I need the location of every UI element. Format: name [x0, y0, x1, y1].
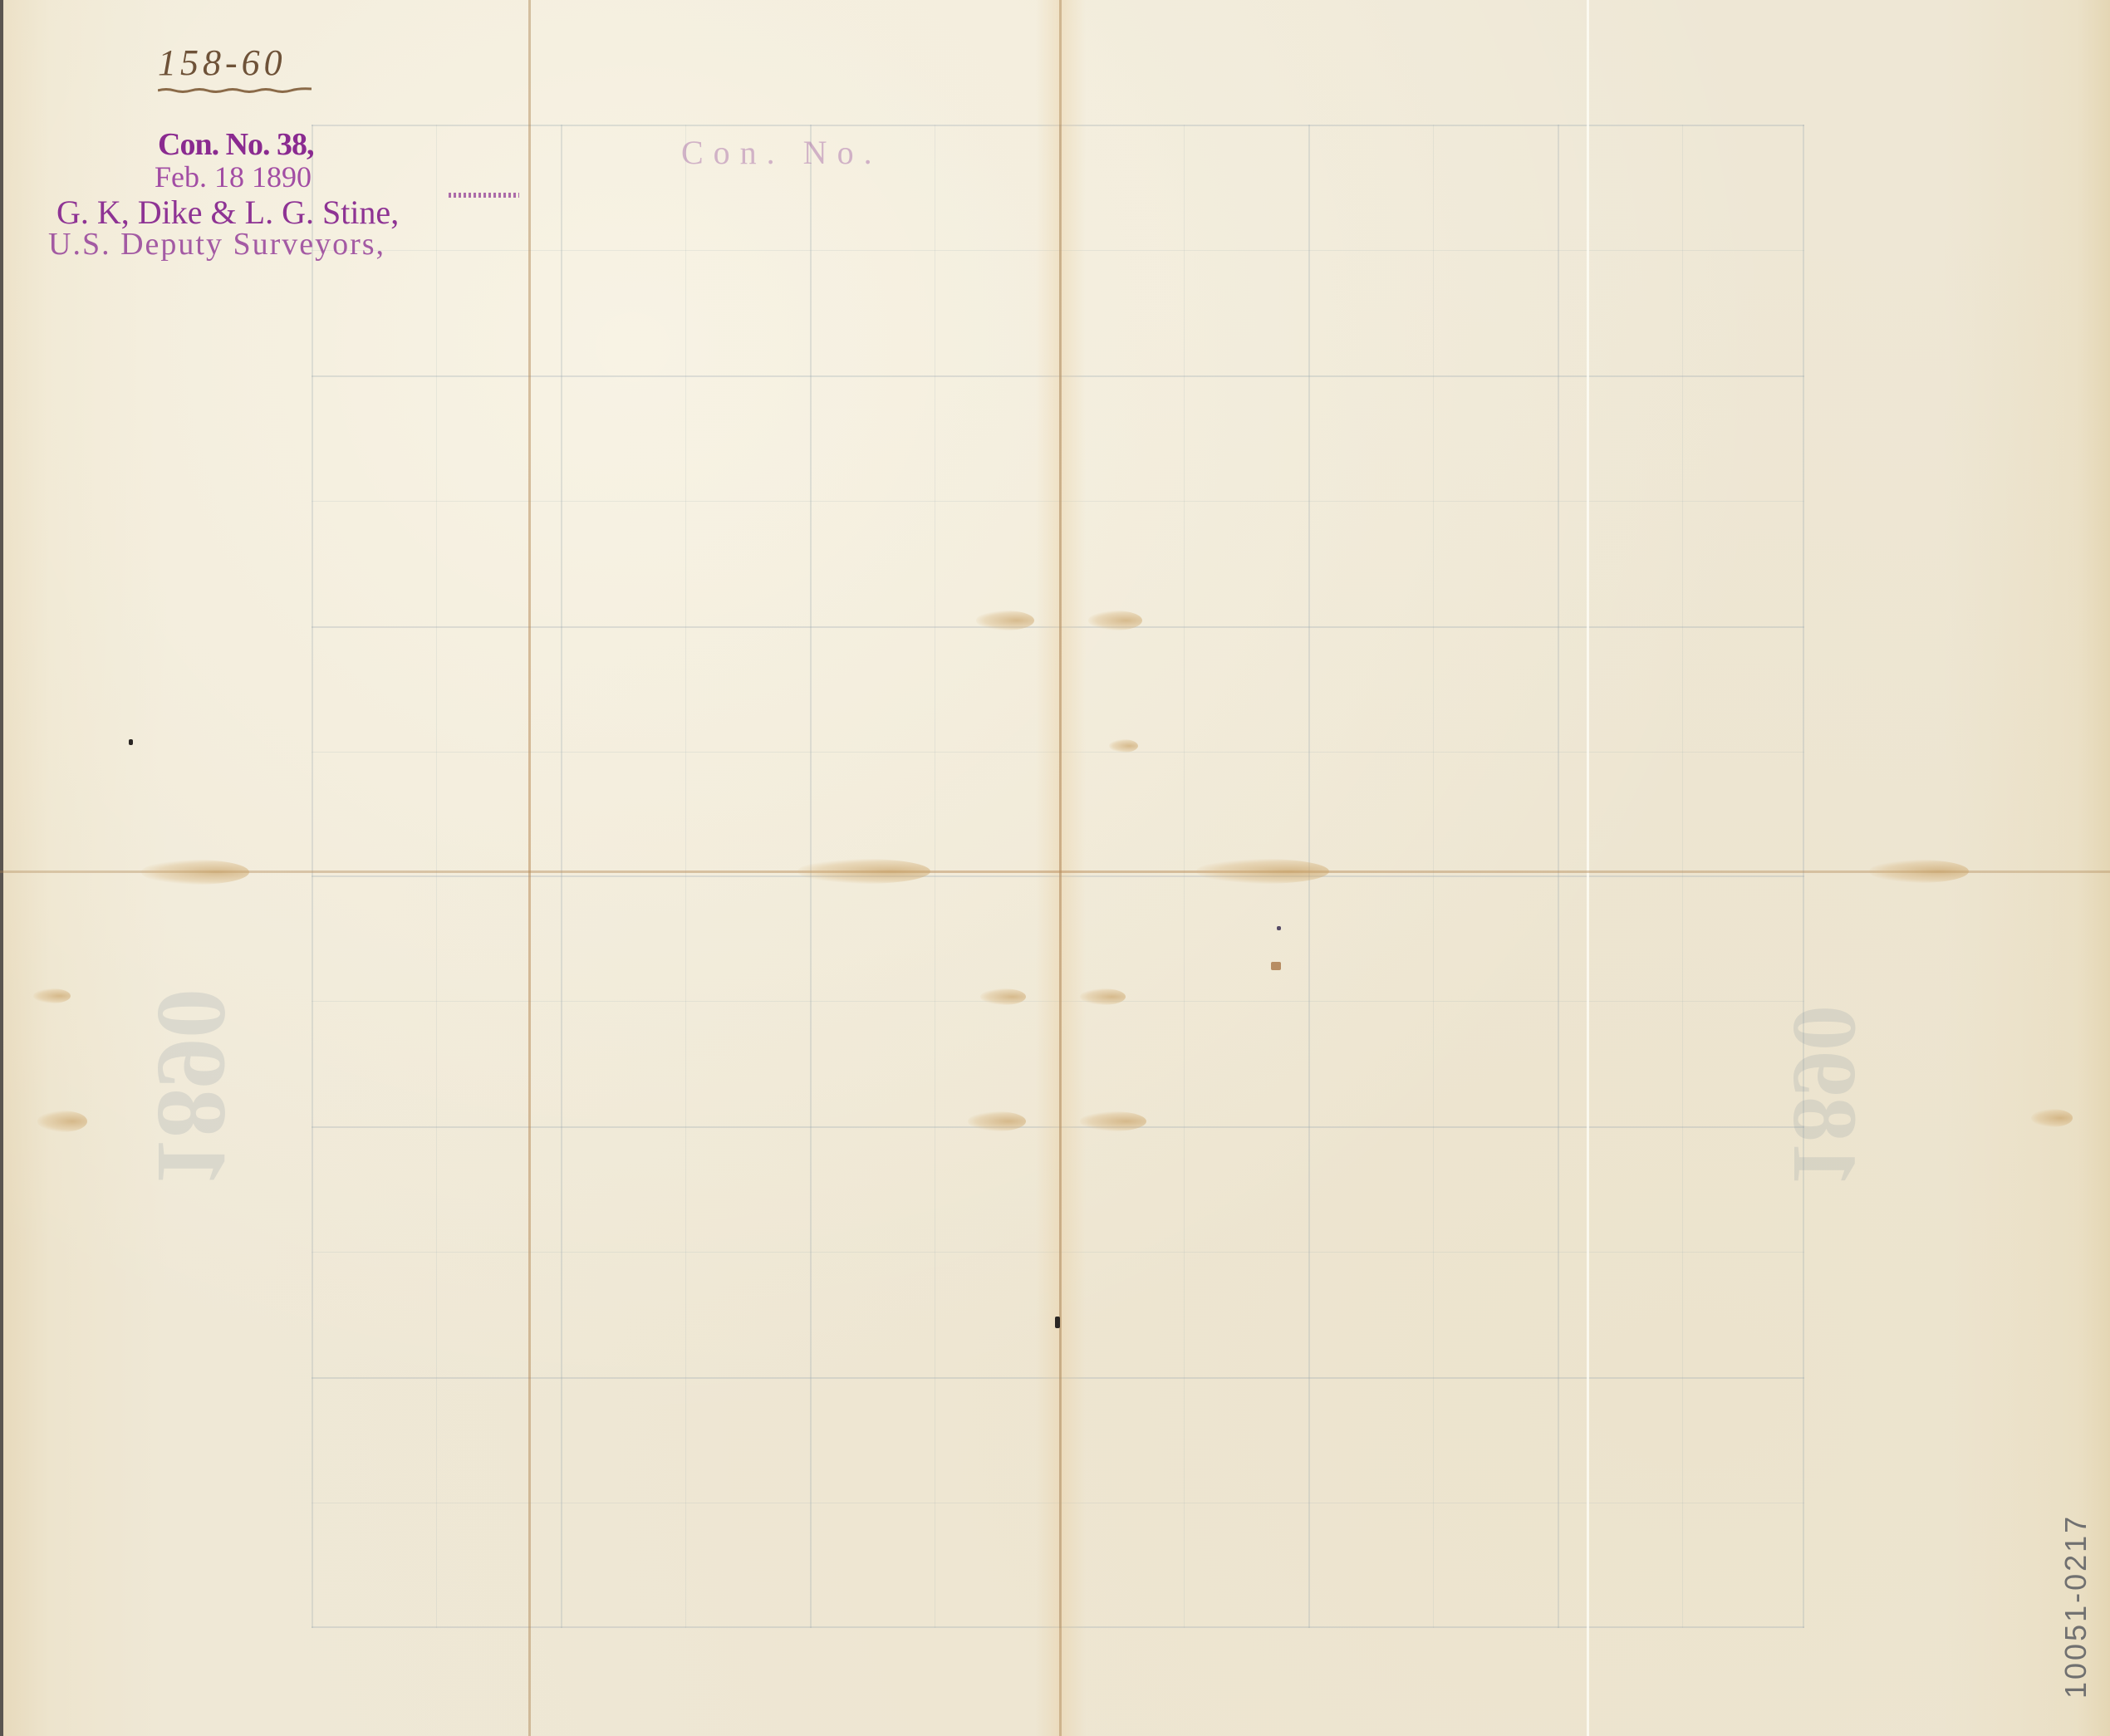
fold-crease-vertical	[1587, 0, 1589, 1736]
stain	[1109, 739, 1138, 753]
ink-speck	[1055, 1317, 1060, 1328]
stain	[1080, 1111, 1146, 1131]
grid-line	[685, 125, 686, 1628]
stain	[797, 859, 930, 884]
stain	[37, 1111, 87, 1132]
ink-speck	[129, 739, 133, 745]
bleed-through-text: 1890	[135, 988, 249, 1188]
ink-speck	[1277, 926, 1281, 930]
ink-speck	[1271, 962, 1281, 970]
stain	[1088, 611, 1142, 630]
stain	[33, 988, 71, 1003]
stain	[1869, 860, 1969, 883]
grid-line	[1682, 125, 1683, 1628]
stamp-contract-number: Con. No. 38,	[158, 126, 314, 163]
fold-crease-vertical	[1059, 0, 1062, 1736]
grid-line	[1184, 125, 1185, 1628]
faded-stamp-impression: Con. No.	[681, 133, 882, 172]
grid-line	[436, 125, 437, 1628]
torn-left-edge	[0, 0, 3, 1736]
stamp-date: Feb. 18 1890	[155, 159, 312, 194]
stain	[980, 988, 1026, 1005]
grid-line	[935, 125, 935, 1628]
stamp-title: U.S. Deputy Surveyors,	[48, 226, 385, 262]
stain	[968, 1111, 1026, 1131]
bleed-through-text: 1890	[1772, 1005, 1877, 1188]
grid-line	[312, 125, 313, 1628]
grid-line	[1433, 125, 1434, 1628]
stain	[1080, 988, 1126, 1005]
fold-crease-horizontal	[0, 870, 2110, 873]
grid-line	[1803, 125, 1804, 1628]
fold-crease-vertical	[528, 0, 531, 1736]
pencil-accession-number: 10051-0217	[2058, 1514, 2093, 1699]
stain	[2031, 1109, 2073, 1127]
stain	[1196, 859, 1329, 884]
catalog-number: 158-60	[158, 42, 287, 84]
stain	[141, 860, 249, 885]
wavy-underline	[158, 86, 312, 93]
grid-line	[561, 125, 562, 1628]
stain	[976, 611, 1034, 630]
stamp-smudge	[449, 193, 519, 198]
grid-line	[1558, 125, 1559, 1628]
document-sheet: 1890 1890 158-60 Con. No. 38, Feb. 18 18…	[0, 0, 2110, 1736]
